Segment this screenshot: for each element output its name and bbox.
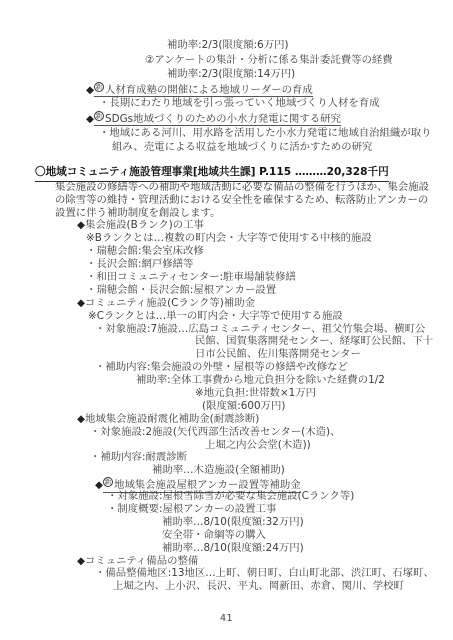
- c-rank-target-line-2: 民館、国賀集落開発センター、経塚町公民館、下十: [0, 335, 453, 348]
- seismic-rate-line: 補助率…木造施設(全額補助): [0, 464, 453, 477]
- c-rank-local-share-text: ※地元負担:世帯数×1万円: [195, 387, 316, 399]
- anchor-rate-text-2: 補助率…8/10(限度額:24万円): [162, 542, 304, 554]
- diamond-bullet-icon: ◆: [77, 555, 85, 567]
- c-rank-target-text-1: ・対象施設:7施設…広島コミュニティセンター、祖父竹集会場、横町公: [95, 323, 425, 335]
- anchor-purchase-line: 安全帯・命綱等の購入: [0, 529, 453, 542]
- new-program-jinzai-title-line: ◆新人材育成塾の開催による地域リーダーの育成: [0, 82, 453, 97]
- equipment-title-text: コミュニティ備品の整備: [85, 555, 198, 567]
- seismic-rate-text: 補助率…木造施設(全額補助): [152, 464, 285, 476]
- section-heading-row: 〇地域コミュニティ施設管理事業[地域共生課] P.115 ………20,328千円: [35, 164, 453, 181]
- seismic-title-text: 地域集会施設耐震化補助金(耐震診断): [85, 413, 259, 425]
- diamond-bullet-icon: ◆: [86, 113, 94, 125]
- subsidy-rate-line-1: 補助率:2/3(限度額:6万円): [0, 38, 453, 53]
- sdgs-desc-line-2: 組み、売電による収益を地域づくりに活かすための研究: [0, 140, 453, 155]
- new-item-badge-icon: 新: [94, 111, 104, 121]
- diamond-bullet-icon: ◆: [77, 297, 85, 309]
- jinzai-title-text: 人材育成塾の開催による地域リーダーの育成: [105, 84, 313, 96]
- anchor-outline-text: ・制度概要:屋根アンカーの設置工事: [107, 503, 276, 515]
- c-rank-title-line: ◆コミュニティ施設(Cランク等)補助金: [0, 297, 453, 310]
- equipment-districts-text-2: 上堀之内、上小沢、長沢、平丸、岡新田、赤倉、関川、学校町: [113, 580, 404, 592]
- seismic-target-line-2: 上堀之内公会堂(木造)): [0, 439, 453, 452]
- b-rank-note-line: ※Bランクとは…複数の町内会・大字等で使用する中核的施設: [0, 232, 453, 245]
- c-rank-note-text: ※Cランクとは…単一の町内会・大字等で使用する施設: [88, 310, 343, 322]
- sdgs-underlined-title: 新SDGs地域づくりのための小水力発電に関する研究: [94, 113, 341, 127]
- anchor-target-line: ・対象施設:屋根雪除雪が必要な集会施設(Cランク等): [0, 490, 453, 503]
- previous-program-details: 補助率:2/3(限度額:6万円) ②アンケートの集計・分析に係る集計委託費等の経…: [0, 0, 453, 155]
- page-number: 41: [0, 613, 453, 624]
- equipment-districts-line-2: 上堀之内、上小沢、長沢、平丸、岡新田、赤倉、関川、学校町: [0, 580, 453, 593]
- c-rank-title-text: コミュニティ施設(Cランク等)補助金: [85, 297, 255, 309]
- c-rank-limit-text: (限度額:600万円): [202, 400, 285, 412]
- jinzai-desc-text: ・長期にわたり地域を引っ張っていく地域づくり人材を育成: [99, 97, 380, 109]
- anchor-rate-text-1: 補助率…8/10(限度額:32万円): [162, 516, 304, 528]
- seismic-title-line: ◆地域集会施設耐震化補助金(耐震診断): [0, 413, 453, 426]
- b-rank-item-text-1: ・瑞穂会館:集会室床改修: [86, 245, 204, 257]
- anchor-purchase-text: 安全帯・命綱等の購入: [162, 529, 266, 541]
- b-rank-item-line-2: ・長沢会館:網戸修繕等: [0, 258, 453, 271]
- anchor-title-line: ◆新地域集会施設屋根アンカー設置等補助金: [0, 477, 453, 490]
- c-rank-target-line-1: ・対象施設:7施設…広島コミュニティセンター、祖父竹集会場、横町公: [0, 323, 453, 336]
- section-intro-line-2: の除雪等の維持・管理活動における安全性を確保するため、転落防止アンカーの: [0, 194, 453, 207]
- b-rank-item-text-3: ・和田コミュニティセンター:駐車場舗装修繕: [86, 271, 296, 283]
- c-rank-target-text-2: 民館、国賀集落開発センター、経塚町公民館、下十: [195, 335, 433, 347]
- anchor-target-text: ・対象施設:屋根雪除雪が必要な集会施設(Cランク等): [107, 490, 354, 502]
- b-rank-item-text-2: ・長沢会館:網戸修繕等: [86, 258, 193, 270]
- diamond-bullet-icon: ◆: [95, 479, 103, 491]
- new-item-badge-icon: 新: [94, 82, 104, 92]
- b-rank-title-line: ◆集会施設(Bランク)の工事: [0, 219, 453, 232]
- diamond-bullet-icon: ◆: [77, 413, 85, 425]
- anchor-rate-line-1: 補助率…8/10(限度額:32万円): [0, 516, 453, 529]
- intro-text-3: 設置に伴う補助制度を創設します。: [55, 207, 220, 219]
- section-intro-line-3: 設置に伴う補助制度を創設します。: [0, 207, 453, 220]
- b-rank-item-line-1: ・瑞穂会館:集会室床改修: [0, 245, 453, 258]
- community-facility-section-body: 集会施設の修繕等への補助や地域活動に必要な備品の整備を行うほか、集会施設 の除雪…: [0, 181, 453, 594]
- section-intro-line-1: 集会施設の修繕等への補助や地域活動に必要な備品の整備を行うほか、集会施設: [0, 181, 453, 194]
- sdgs-title-text: SDGs地域づくりのための小水力発電に関する研究: [105, 113, 341, 125]
- sdgs-desc-text-2: 組み、売電による収益を地域づくりに活かすための研究: [112, 141, 372, 153]
- equipment-title-line: ◆コミュニティ備品の整備: [0, 555, 453, 568]
- c-rank-rate-text: 補助率:全体工事費から地元負担分を除いた経費の1/2: [136, 374, 385, 386]
- c-rank-content-text: ・補助内容:集会施設の外壁・屋根等の修繕や改修など: [95, 361, 348, 373]
- budget-document-page: 補助率:2/3(限度額:6万円) ②アンケートの集計・分析に係る集計委託費等の経…: [0, 0, 453, 640]
- anchor-outline-line: ・制度概要:屋根アンカーの設置工事: [0, 503, 453, 516]
- b-rank-item-line-4: ・瑞穂会館・長沢会館:屋根アンカー設置: [0, 284, 453, 297]
- b-rank-item-text-4: ・瑞穂会館・長沢会館:屋根アンカー設置: [86, 284, 276, 296]
- seismic-content-line: ・補助内容:耐震診断: [0, 451, 453, 464]
- subsidy-rate-text-1: 補助率:2/3(限度額:6万円): [167, 39, 289, 51]
- b-rank-note-text: ※Bランクとは…複数の町内会・大字等で使用する中核的施設: [86, 232, 372, 244]
- equipment-districts-line-1: ・備品整備地区:13地区…上町、朝日町、白山町北部、渋江町、石塚町、: [0, 567, 453, 580]
- b-rank-title-text: 集会施設(Bランク)の工事: [85, 219, 204, 231]
- seismic-target-text-1: ・対象施設:2施設(矢代西部生活改善センター(木造)、: [90, 426, 340, 438]
- c-rank-local-share-line: ※地元負担:世帯数×1万円: [0, 387, 453, 400]
- survey-cost-text: ②アンケートの集計・分析に係る集計委託費等の経費: [145, 54, 393, 66]
- new-item-badge-icon: 新: [103, 477, 113, 487]
- subsidy-rate-line-2: 補助率:2/3(限度額:14万円): [0, 67, 453, 82]
- diamond-bullet-icon: ◆: [77, 219, 85, 231]
- b-rank-item-line-3: ・和田コミュニティセンター:駐車場舗装修繕: [0, 271, 453, 284]
- c-rank-note-line: ※Cランクとは…単一の町内会・大字等で使用する施設: [0, 310, 453, 323]
- equipment-districts-text-1: ・備品整備地区:13地区…上町、朝日町、白山町北部、渋江町、石塚町、: [95, 567, 434, 579]
- section-heading-community-facility: 〇地域コミュニティ施設管理事業[地域共生課] P.115 ………20,328千円: [35, 164, 389, 182]
- sdgs-desc-line-1: ・地域にある河川、用水路を活用した小水力発電に地域自治組織が取り: [0, 126, 453, 141]
- c-rank-limit-line: (限度額:600万円): [0, 400, 453, 413]
- new-program-sdgs-title-line: ◆新SDGs地域づくりのための小水力発電に関する研究: [0, 111, 453, 126]
- survey-cost-line: ②アンケートの集計・分析に係る集計委託費等の経費: [0, 53, 453, 68]
- intro-text-1: 集会施設の修繕等への補助や地域活動に必要な備品の整備を行うほか、集会施設: [55, 181, 429, 193]
- anchor-rate-line-2: 補助率…8/10(限度額:24万円): [0, 542, 453, 555]
- c-rank-content-line: ・補助内容:集会施設の外壁・屋根等の修繕や改修など: [0, 361, 453, 374]
- seismic-target-line-1: ・対象施設:2施設(矢代西部生活改善センター(木造)、: [0, 426, 453, 439]
- c-rank-rate-line: 補助率:全体工事費から地元負担分を除いた経費の1/2: [0, 374, 453, 387]
- diamond-bullet-icon: ◆: [86, 84, 94, 96]
- c-rank-target-line-3: 日市公民館、佐川集落開発センター: [0, 348, 453, 361]
- seismic-target-text-2: 上堀之内公会堂(木造)): [205, 439, 311, 451]
- jinzai-desc-line: ・長期にわたり地域を引っ張っていく地域づくり人材を育成: [0, 96, 453, 111]
- intro-text-2: の除雪等の維持・管理活動における安全性を確保するため、転落防止アンカーの: [55, 194, 428, 206]
- sdgs-desc-text-1: ・地域にある河川、用水路を活用した小水力発電に地域自治組織が取り: [99, 127, 432, 139]
- seismic-content-text: ・補助内容:耐震診断: [90, 451, 187, 463]
- subsidy-rate-text-2: 補助率:2/3(限度額:14万円): [167, 68, 295, 80]
- c-rank-target-text-3: 日市公民館、佐川集落開発センター: [195, 348, 361, 360]
- jinzai-underlined-title: 新人材育成塾の開催による地域リーダーの育成: [94, 84, 313, 98]
